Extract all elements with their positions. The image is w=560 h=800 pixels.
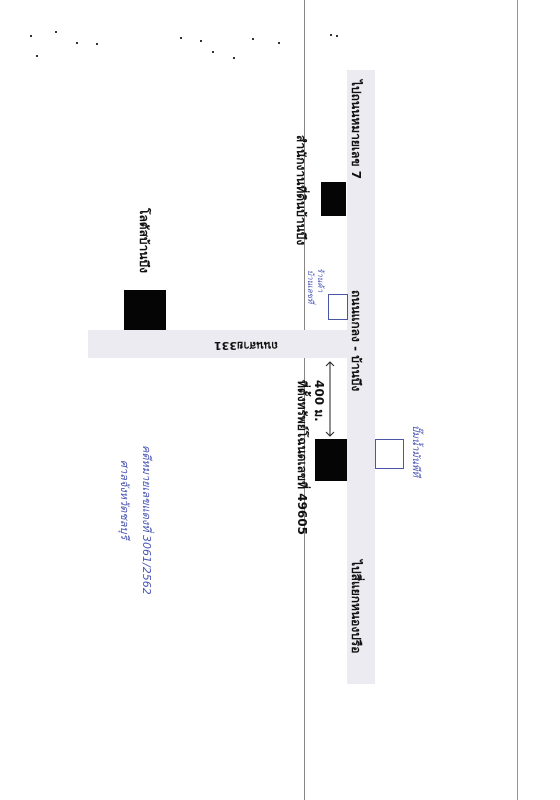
lotus-building <box>124 290 166 330</box>
label-side-road: ถนนสาย331 <box>214 337 278 355</box>
label-lotus: โลตัสบ้านบึง <box>138 208 150 273</box>
label-main-road: ถนนแกลง - บ้านบึง <box>350 290 362 391</box>
label-land-office: สำนักงานที่ดินบ้านบึง <box>295 135 307 245</box>
label-to-highway-7: ไปถนนหมายเลข 7 <box>350 80 362 179</box>
label-to-nong-prue: ไปสี่แยกหนองปรือ <box>350 560 362 653</box>
distance-arrow-icon <box>324 360 336 438</box>
handwritten-note-1: บ้านเลขที่ <box>305 270 314 303</box>
hand-drawn-box-gas-station <box>375 439 404 469</box>
property-building <box>315 439 347 481</box>
handwritten-court: ศาลจังหวัดชลบุรี <box>118 460 130 539</box>
hand-drawn-box-near-office <box>328 294 348 320</box>
label-property: ที่ตั้งทรัพย์โฉนดเลขที่ 49605 <box>296 380 308 535</box>
handwritten-case-number: คดีหมายเลขแดงที่ 3061/2562 <box>140 445 152 595</box>
page-edge-line <box>517 0 518 800</box>
land-office-building <box>321 182 346 216</box>
handwritten-note-2: ร้านค้า <box>315 268 324 292</box>
handwritten-gas-station: ปั๊มน้ำมันพีที <box>410 425 421 477</box>
